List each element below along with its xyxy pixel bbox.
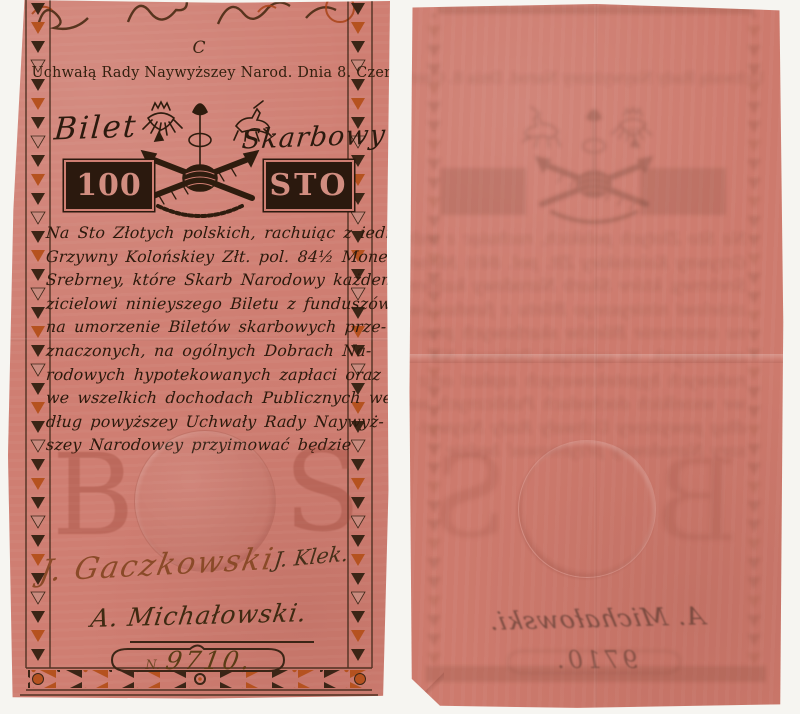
body-text-line: na umorzenie Biletów skarbowych prze- (45, 315, 359, 339)
title-skarbowy: Skarbowy (240, 119, 387, 155)
coat-of-arms-icon (142, 101, 271, 216)
serial-number: 9710. (163, 646, 255, 675)
body-text-line: rodowych hypotekowanych zapłaci oraz (45, 363, 359, 387)
serial-label: N. (145, 658, 160, 673)
denomination-numeral-box: 100 (66, 162, 152, 209)
body-text-line: na umorzenie Biletów skarbowych prze- (434, 321, 746, 345)
body-text-line: we wszelkich dochodach Publicznych we- (45, 386, 359, 410)
title-bilet: Bilet (53, 108, 139, 147)
body-text-line: we wszelkich dochodach Publicznych we- (434, 392, 746, 416)
body-text-line: Na Sto Złotych polskich, rachuiąc z iedn… (434, 227, 746, 251)
body-text-line: zicielowi ninieyszego Biletu z funduszów (434, 298, 746, 322)
vertical-fold-line (594, 4, 597, 710)
dog-ear-corner (410, 672, 444, 708)
ghost-body-text: Na Sto Złotych polskich, rachuiąc z iedn… (434, 227, 746, 463)
series-letter: C (8, 38, 390, 58)
body-text-line: Na Sto Złotych polskich, rachuiąc z iedn… (45, 221, 359, 245)
banknote-front: C Uchwałą Rady Naywyższey Narod. Dnia 8.… (8, 0, 390, 700)
ghost-watermark-s: S (431, 442, 508, 554)
serial-number-row: N. 9710. (8, 646, 390, 675)
watermark-letter-b: B (52, 440, 134, 552)
fold-crease (8, 338, 390, 341)
watermark-letter-s: S (284, 436, 361, 548)
embossed-seal-back (518, 440, 656, 578)
ghost-coat-of-arms-icon (523, 107, 652, 222)
banknote-back: Uchwałą Rady Naywyższey Narod. Dnia 8. C… (408, 4, 784, 710)
body-text-line: Grzywny Kolońskiey Złt. pol. 84½ Monety (434, 251, 746, 275)
top-ink-flourish (32, 0, 354, 29)
denomination-word-box: STO (266, 162, 352, 209)
body-text-line: Grzywny Kolońskiey Złt. pol. 84½ Monety (45, 245, 359, 269)
body-text-line: Srebrney, które Skarb Narodowy każdemu U… (434, 274, 746, 298)
decree-line: Uchwałą Rady Naywyższey Narod. Dnia 8. C… (31, 64, 368, 81)
body-text-line: zicielowi ninieyszego Biletu z funduszów (45, 292, 359, 316)
body-text-line: Srebrney, które Skarb Narodowy każdemu U… (45, 268, 359, 292)
ghost-watermark-b: B (656, 446, 738, 558)
body-text-line: rodowych hypotekowanych zapłaci oraz (434, 369, 746, 393)
body-text-line: znaczonych, na ogólnych Dobrach Na- (45, 339, 359, 363)
